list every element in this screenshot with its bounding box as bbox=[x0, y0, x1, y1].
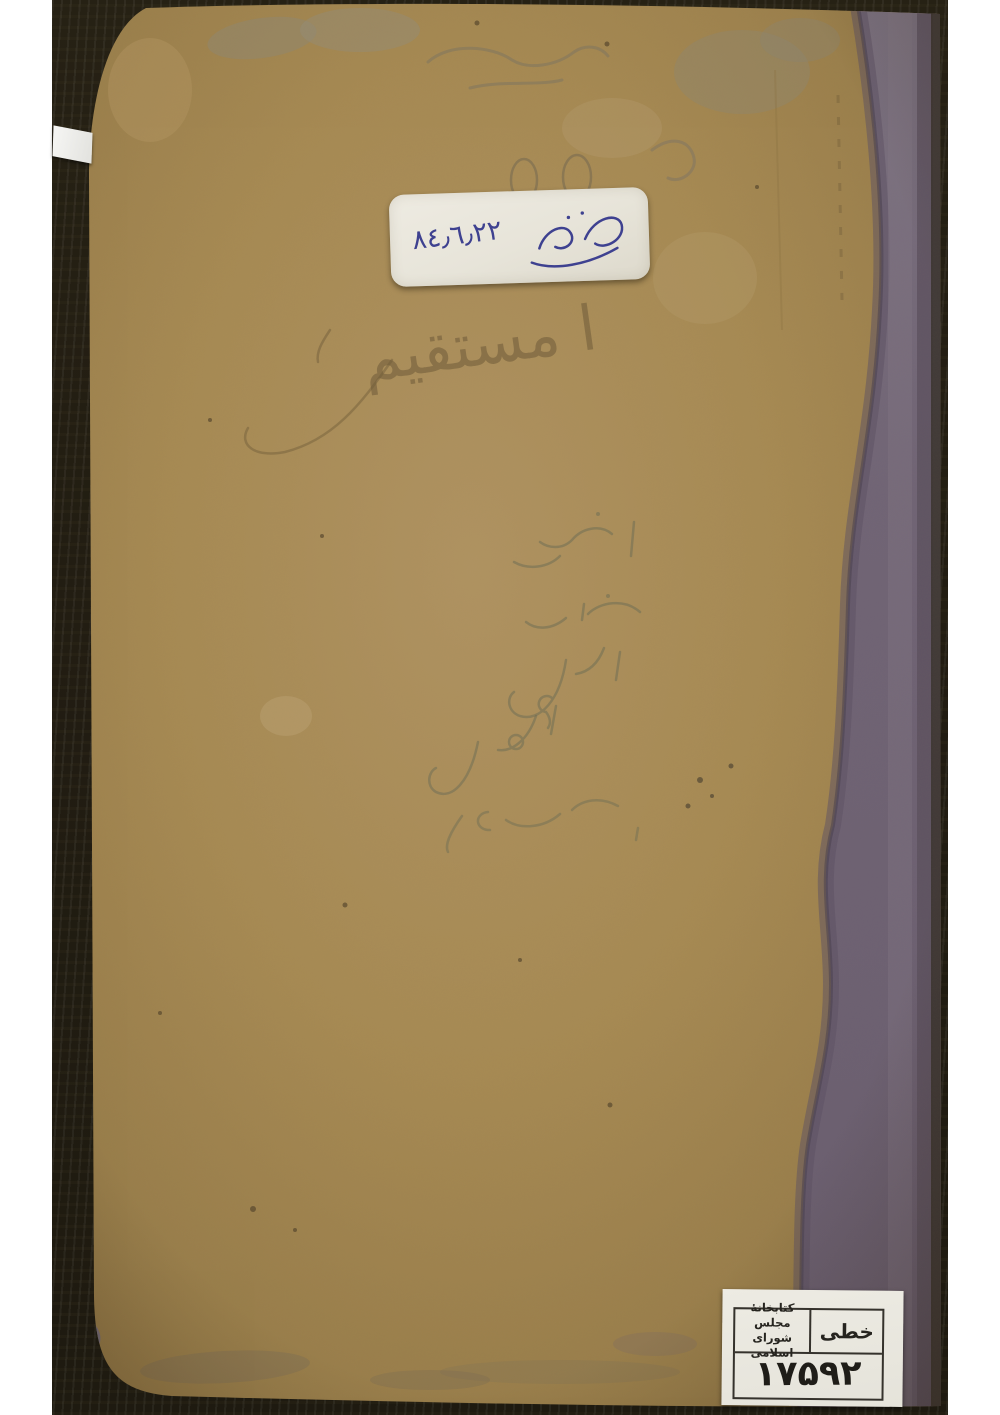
manuscript-scan: ا مستقيم bbox=[0, 0, 1000, 1415]
sticker-handwritten-number: ٨٤٫٦٫٢٢ bbox=[410, 215, 503, 256]
library-label: کتابخانهٔ مجلس شورای اسلامی خطی ۱۷۵۹۲ bbox=[721, 1289, 903, 1407]
library-label-table: کتابخانهٔ مجلس شورای اسلامی خطی ۱۷۵۹۲ bbox=[732, 1307, 884, 1401]
handwritten-signature-squiggle bbox=[524, 193, 638, 276]
library-name-cell: کتابخانهٔ مجلس شورای اسلامی bbox=[735, 1309, 812, 1352]
catalog-sticker: ٨٤٫٦٫٢٢ bbox=[389, 187, 651, 287]
library-name-line2: مجلس شورای bbox=[736, 1315, 809, 1346]
manuscript-category-cell: خطی bbox=[811, 1310, 882, 1353]
accession-number: ۱۷۵۹۲ bbox=[735, 1353, 882, 1398]
library-name-line1: کتابخانهٔ bbox=[736, 1300, 808, 1316]
